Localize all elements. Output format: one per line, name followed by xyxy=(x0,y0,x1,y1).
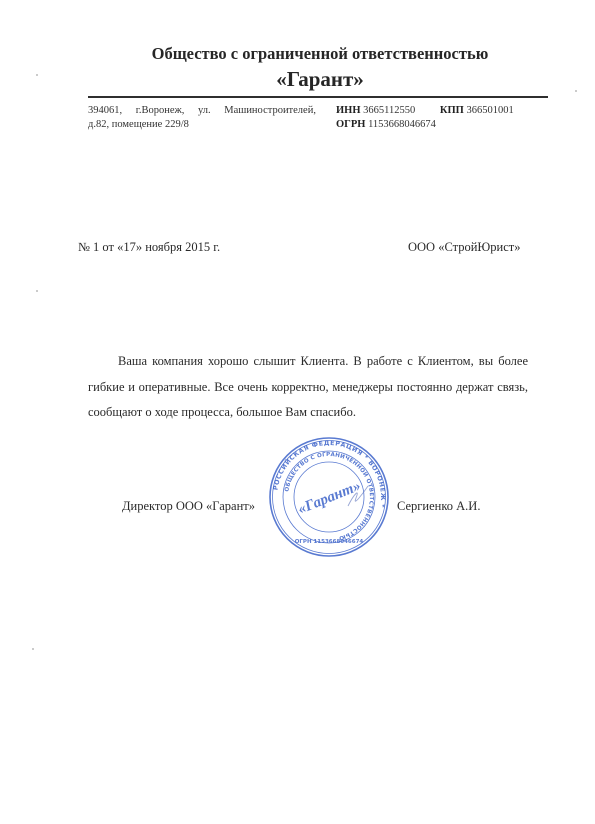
org-name: «Гарант» xyxy=(0,67,595,92)
address-part: 394061, xyxy=(88,104,122,118)
kpp-value: 366501001 xyxy=(466,105,513,116)
address-part: Машиностроителей, xyxy=(224,104,316,118)
address-part: ул. xyxy=(198,104,211,118)
scan-speck xyxy=(575,90,577,92)
signer-name: Сергиенко А.И. xyxy=(397,499,480,514)
signer-position: Директор ООО «Гарант» xyxy=(122,499,255,514)
letter-recipient: ООО «СтройЮрист» xyxy=(408,240,520,255)
kpp-label: КПП xyxy=(440,105,464,116)
scan-speck xyxy=(36,74,38,76)
scan-speck xyxy=(32,648,34,650)
kpp-field: КПП 366501001 xyxy=(440,105,514,116)
scan-speck xyxy=(36,290,38,292)
letter-number-date: № 1 от «17» ноября 2015 г. xyxy=(78,240,220,255)
company-stamp-icon: РОССИЙСКАЯ ФЕДЕРАЦИЯ * ВОРОНЕЖ * ОБЩЕСТВ… xyxy=(268,436,390,558)
ogrn-field: ОГРН 1153668046674 xyxy=(336,118,514,132)
ogrn-label: ОГРН xyxy=(336,119,365,130)
inn-field: ИНН 3665112550 xyxy=(336,105,415,116)
inn-label: ИНН xyxy=(336,105,361,116)
letter-body: Ваша компания хорошо слышит Клиента. В р… xyxy=(88,349,528,426)
org-address: 394061, г.Воронеж, ул. Машиностроителей,… xyxy=(88,104,316,132)
address-line2: д.82, помещение 229/8 xyxy=(88,118,316,132)
address-part: г.Воронеж, xyxy=(136,104,185,118)
ogrn-value: 1153668046674 xyxy=(368,119,436,130)
header-divider xyxy=(88,96,548,98)
inn-value: 3665112550 xyxy=(363,105,415,116)
org-requisites: ИНН 3665112550 КПП 366501001 ОГРН 115366… xyxy=(336,104,514,132)
org-title: Общество с ограниченной ответственностью xyxy=(0,44,595,64)
svg-text:ОГРН 1153668046674: ОГРН 1153668046674 xyxy=(295,539,364,545)
